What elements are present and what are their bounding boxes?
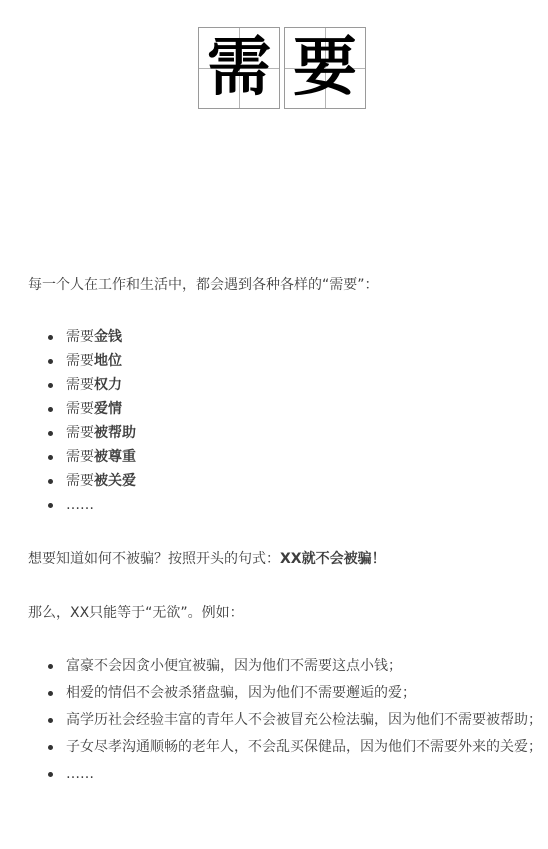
calligraphy-box-2: 要 [284, 27, 366, 109]
question-paragraph: 想要知道如何不被骗？按照开头的句式：XX就不会被骗！ [28, 547, 386, 571]
list-item: 需要被关爱 [28, 469, 136, 493]
list-item: 需要爱情 [28, 397, 136, 421]
list-item: …… [28, 493, 136, 517]
bullet-icon [48, 407, 53, 412]
item-bold: 被尊重 [94, 449, 136, 465]
item-prefix: 需要 [66, 329, 94, 345]
bullet-icon [48, 772, 53, 777]
list-item: 需要被尊重 [28, 445, 136, 469]
example-text: …… [66, 766, 94, 782]
list-item: 需要被帮助 [28, 421, 136, 445]
item-prefix: 需要 [66, 377, 94, 393]
item-bold: 被关爱 [94, 473, 136, 489]
bullet-icon [48, 664, 53, 669]
calligraphy-char: 要 [293, 36, 357, 100]
question-text: 想要知道如何不被骗？按照开头的句式： [28, 551, 280, 567]
calligraphy-box-1: 需 [198, 27, 280, 109]
bullet-icon [48, 383, 53, 388]
question-bold: XX就不会被骗！ [280, 551, 386, 567]
item-bold: 被帮助 [94, 425, 136, 441]
intro-paragraph: 每一个人在工作和生活中，都会遇到各种各样的“需要”： [28, 273, 379, 297]
needs-list: 需要金钱 需要地位 需要权力 需要爱情 需要被帮助 需要被尊重 需要被关爱 …… [28, 325, 136, 517]
list-item: 富豪不会因贪小便宜被骗，因为他们不需要这点小钱； [28, 653, 544, 680]
item-prefix: 需要 [66, 425, 94, 441]
bullet-icon [48, 479, 53, 484]
list-item: 子女尽孝沟通顺畅的老年人，不会乱买保健品，因为他们不需要外来的关爱； [28, 734, 544, 761]
bullet-icon [48, 335, 53, 340]
list-item: 需要权力 [28, 373, 136, 397]
calligraphy-char: 需 [207, 36, 271, 100]
bullet-icon [48, 431, 53, 436]
list-item: 高学历社会经验丰富的青年人不会被冒充公检法骗，因为他们不需要被帮助； [28, 707, 544, 734]
item-prefix: 需要 [66, 353, 94, 369]
bullet-icon [48, 718, 53, 723]
examples-list: 富豪不会因贪小便宜被骗，因为他们不需要这点小钱； 相爱的情侣不会被杀猪盘骗，因为… [28, 653, 544, 788]
list-item: 需要地位 [28, 349, 136, 373]
list-item: 相爱的情侣不会被杀猪盘骗，因为他们不需要邂逅的爱； [28, 680, 544, 707]
bullet-icon [48, 691, 53, 696]
item-prefix: 需要 [66, 401, 94, 417]
example-text: 高学历社会经验丰富的青年人不会被冒充公检法骗，因为他们不需要被帮助； [66, 712, 542, 728]
item-bold: 地位 [94, 353, 122, 369]
bullet-icon [48, 359, 53, 364]
example-text: 子女尽孝沟通顺畅的老年人，不会乱买保健品，因为他们不需要外来的关爱； [66, 739, 542, 755]
bullet-icon [48, 745, 53, 750]
answer-paragraph: 那么，XX只能等于“无欲”。例如： [28, 601, 244, 625]
item-prefix: …… [66, 497, 94, 513]
list-item: 需要金钱 [28, 325, 136, 349]
bullet-icon [48, 503, 53, 508]
example-text: 相爱的情侣不会被杀猪盘骗，因为他们不需要邂逅的爱； [66, 685, 416, 701]
item-bold: 爱情 [94, 401, 122, 417]
item-prefix: 需要 [66, 449, 94, 465]
bullet-icon [48, 455, 53, 460]
list-item: …… [28, 761, 544, 788]
example-text: 富豪不会因贪小便宜被骗，因为他们不需要这点小钱； [66, 658, 402, 674]
item-bold: 金钱 [94, 329, 122, 345]
item-prefix: 需要 [66, 473, 94, 489]
item-bold: 权力 [94, 377, 122, 393]
hero-title-image: 需 要 [198, 27, 366, 109]
